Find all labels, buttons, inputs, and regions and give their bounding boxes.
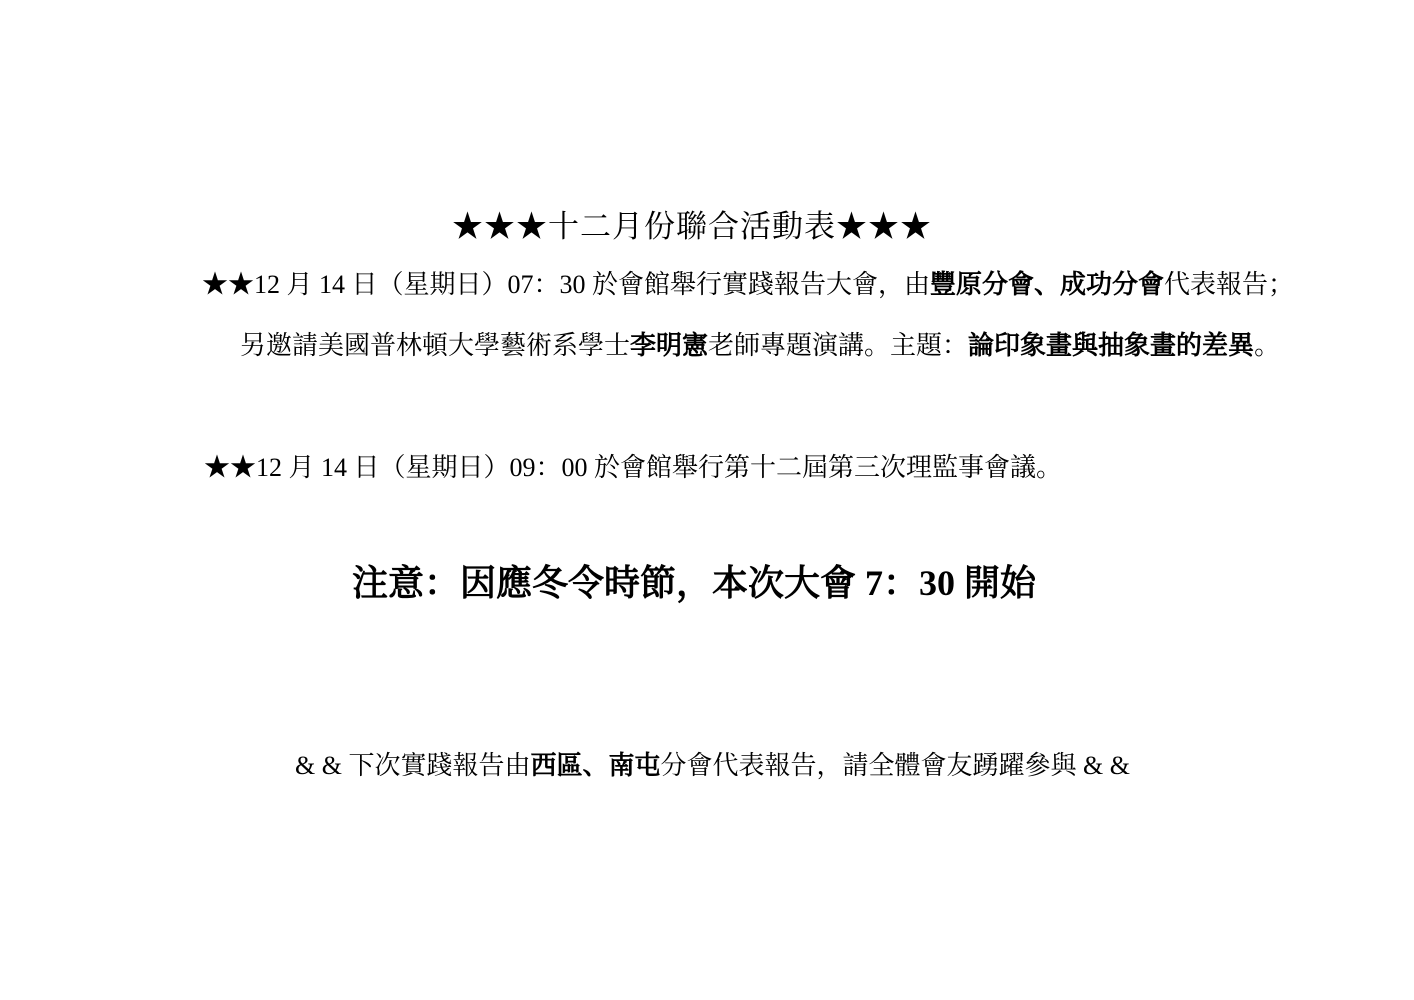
event-2-line: ★★12 月 14 日（星期日）09：00 於會館舉行第十二屆第三次理監事會議。 [204, 453, 1062, 483]
event-1-line-2-mid: 老師專題演講。主題： [708, 331, 968, 360]
footer-next-branches: 西區、南屯 [530, 751, 660, 780]
notice-line: 注意：因應冬令時節，本次大會 7：30 開始 [352, 563, 1036, 604]
footer-line: & & 下次實踐報告由西區、南屯分會代表報告，請全體會友踴躍參與 & & [295, 751, 1130, 781]
event-1-line-1-text: ★★12 月 14 日（星期日）07：30 於會館舉行實踐報告大會，由 [202, 270, 930, 299]
event-1-line-2-text: 另邀請美國普林頓大學藝術系學士 [240, 331, 630, 360]
document-page: ★★★十二月份聯合活動表★★★ ★★12 月 14 日（星期日）07：30 於會… [0, 0, 1414, 1000]
event-1-line-1: ★★12 月 14 日（星期日）07：30 於會館舉行實踐報告大會，由豐原分會、… [202, 270, 1294, 300]
event-1-line-1-tail: 代表報告； [1164, 270, 1294, 299]
event-1-reporting-branches: 豐原分會、成功分會 [930, 270, 1164, 299]
event-1-line-2-tail: 。 [1254, 331, 1280, 360]
footer-tail: 分會代表報告，請全體會友踴躍參與 & & [660, 751, 1129, 780]
document-title: ★★★十二月份聯合活動表★★★ [0, 209, 1384, 245]
event-1-speaker-name: 李明憲 [630, 331, 708, 360]
event-1-lecture-topic: 論印象畫與抽象畫的差異 [968, 331, 1254, 360]
event-1-line-2: 另邀請美國普林頓大學藝術系學士李明憲老師專題演講。主題：論印象畫與抽象畫的差異。 [240, 331, 1280, 361]
footer-text: & & 下次實踐報告由 [295, 751, 530, 780]
